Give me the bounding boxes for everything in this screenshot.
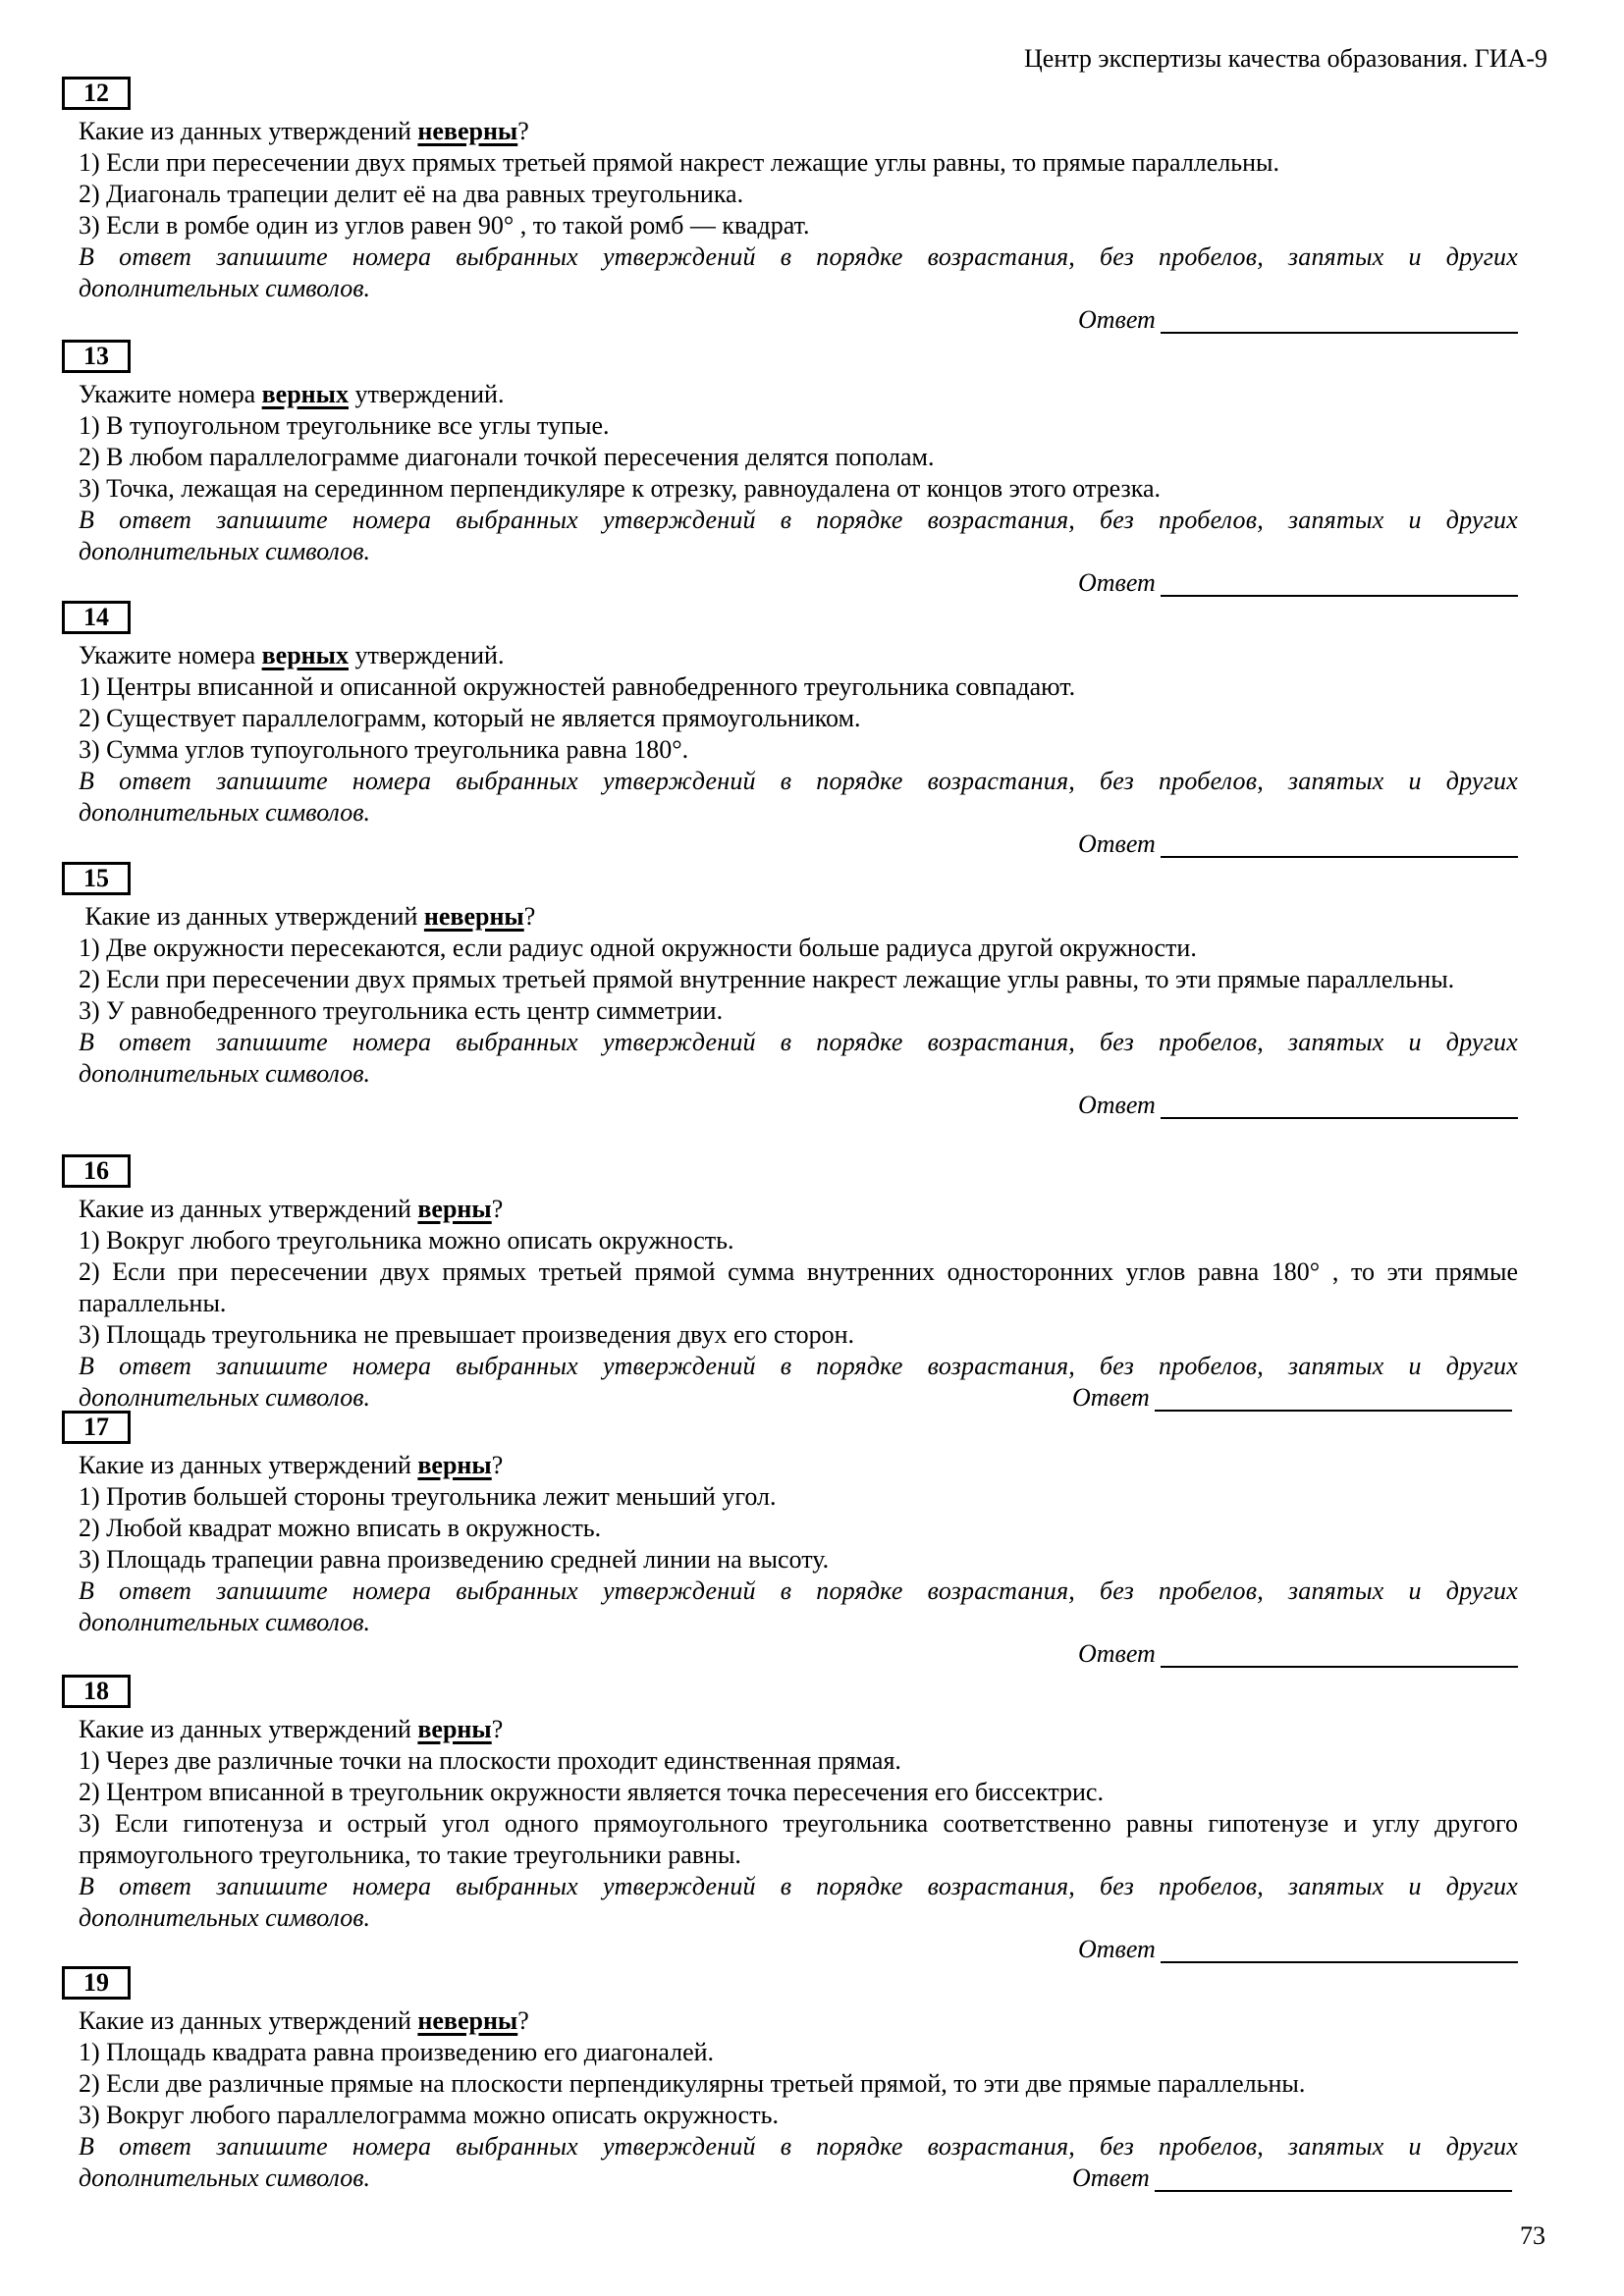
statement-1: 1) В тупоугольном треугольнике все углы … [79,410,1518,442]
answer-label: Ответ [1078,304,1156,336]
prompt-keyword: неверны [417,117,517,145]
task-number-box: 14 [62,601,131,634]
statement-1: 1) Центры вписанной и описанной окружнос… [79,671,1518,703]
answer-row: Ответ [79,828,1518,860]
prompt-text: Укажите номера [79,380,262,408]
instruction-line-2: дополнительных символов. [79,536,1518,567]
task-number-box: 12 [62,77,131,110]
task-number-box: 13 [62,340,131,373]
answer-field[interactable]: Ответ [1072,2163,1512,2194]
answer-input-line[interactable] [1161,1961,1518,1963]
prompt-keyword: верны [417,1195,491,1223]
answer-field[interactable]: Ответ [1078,1638,1518,1670]
prompt-keyword: неверны [417,2006,517,2035]
instruction-line-2: дополнительных символов. [79,797,1518,828]
statement-1: 1) Через две различные точки на плоскост… [79,1745,1518,1777]
prompt-text-after: ? [492,1195,504,1223]
answer-row: Ответ [79,1090,1518,1121]
task-prompt: Какие из данных утверждений неверны? [79,2005,1518,2037]
instruction-line-2: дополнительных символов. [79,1607,1518,1638]
answer-label: Ответ [1078,1090,1156,1121]
statement-2: 2) Существует параллелограмм, который не… [79,703,1518,734]
statement-1: 1) Площадь квадрата равна произведению е… [79,2037,1518,2068]
statement-3: 3) У равнобедренного треугольника есть ц… [79,995,1518,1027]
task-13: 13 Укажите номера верных утверждений. 1)… [62,340,1519,599]
instruction-line-1: В ответ запишите номера выбранных утверж… [79,505,1518,536]
prompt-text: Какие из данных утверждений [79,117,417,145]
instruction-line-1: В ответ запишите номера выбранных утверж… [79,1027,1518,1058]
answer-row: Ответ [79,304,1518,336]
statement-3: 3) Вокруг любого параллелограмма можно о… [79,2100,1518,2131]
statement-3: 3) Если в ромбе один из углов равен 90° … [79,210,1518,241]
instruction-line-1: В ответ запишите номера выбранных утверж… [79,1575,1518,1607]
answer-field[interactable]: Ответ [1078,828,1518,860]
task-number-box: 19 [62,1966,131,2000]
answer-input-line[interactable] [1155,2190,1512,2192]
statement-2: 2) Если при пересечении двух прямых трет… [79,1256,1518,1319]
instruction-line-1: В ответ запишите номера выбранных утверж… [79,1351,1518,1382]
instruction-line-2: дополнительных символов. [79,1058,1518,1090]
statement-2: 2) В любом параллелограмме диагонали точ… [79,442,1518,473]
answer-label: Ответ [1078,1934,1156,1965]
instruction-line-1: В ответ запишите номера выбранных утверж… [79,2131,1518,2163]
statement-1: 1) Если при пересечении двух прямых трет… [79,147,1518,179]
answer-label: Ответ [1078,567,1156,599]
statement-2: 2) Диагональ трапеции делит её на два ра… [79,179,1518,210]
answer-input-line[interactable] [1161,1666,1518,1668]
page-number: 73 [1520,2220,1545,2252]
prompt-keyword: верны [417,1715,491,1743]
prompt-text-after: ? [517,117,529,145]
instruction-line-1: В ответ запишите номера выбранных утверж… [79,1871,1518,1902]
instruction-line-2: дополнительных символов. [79,273,1518,304]
statement-1: 1) Две окружности пересекаются, если рад… [79,933,1518,964]
task-number-box: 17 [62,1411,131,1444]
answer-field[interactable]: Ответ [1072,1382,1512,1414]
prompt-text: Какие из данных утверждений [79,902,424,931]
answer-row: Ответ [79,1638,1518,1670]
task-14: 14 Укажите номера верных утверждений. 1)… [62,601,1519,860]
task-16: 16 Какие из данных утверждений верны? 1)… [62,1154,1519,1414]
instruction-answer-row: дополнительных символов. Ответ [79,2163,1518,2194]
answer-label: Ответ [1078,1638,1156,1670]
task-prompt: Укажите номера верных утверждений. [79,640,1518,671]
statement-2: 2) Если при пересечении двух прямых трет… [79,964,1518,995]
task-12: 12 Какие из данных утверждений неверны? … [62,77,1519,336]
prompt-keyword: верны [417,1451,491,1479]
statement-2: 2) Любой квадрат можно вписать в окружно… [79,1513,1518,1544]
answer-label: Ответ [1078,828,1156,860]
statement-3: 3) Если гипотенуза и острый угол одного … [79,1808,1518,1871]
answer-input-line[interactable] [1161,856,1518,858]
answer-input-line[interactable] [1161,1117,1518,1119]
task-prompt: Какие из данных утверждений верны? [79,1714,1518,1745]
task-prompt: Укажите номера верных утверждений. [79,379,1518,410]
answer-input-line[interactable] [1161,595,1518,597]
prompt-text: Какие из данных утверждений [79,2006,417,2035]
answer-input-line[interactable] [1161,332,1518,334]
statement-1: 1) Вокруг любого треугольника можно опис… [79,1225,1518,1256]
instruction-line-2: дополнительных символов. [79,1902,1518,1934]
prompt-text: Какие из данных утверждений [79,1451,417,1479]
answer-row: Ответ [79,1934,1518,1965]
task-prompt: Какие из данных утверждений неверны? [79,116,1518,147]
prompt-text: Какие из данных утверждений [79,1715,417,1743]
instruction-line-1: В ответ запишите номера выбранных утверж… [79,241,1518,273]
statement-2: 2) Центром вписанной в треугольник окруж… [79,1777,1518,1808]
answer-field[interactable]: Ответ [1078,1090,1518,1121]
task-number-box: 18 [62,1675,131,1708]
prompt-text-after: утверждений. [349,641,505,669]
prompt-keyword: верных [262,641,349,669]
answer-field[interactable]: Ответ [1078,304,1518,336]
prompt-text: Какие из данных утверждений [79,1195,417,1223]
task-18: 18 Какие из данных утверждений верны? 1)… [62,1675,1519,1965]
answer-row: Ответ [79,567,1518,599]
statement-2: 2) Если две различные прямые на плоскост… [79,2068,1518,2100]
answer-label: Ответ [1072,1382,1150,1414]
task-17: 17 Какие из данных утверждений верны? 1)… [62,1411,1519,1670]
statement-3: 3) Сумма углов тупоугольного треугольник… [79,734,1518,766]
answer-field[interactable]: Ответ [1078,1934,1518,1965]
task-prompt: Какие из данных утверждений неверны? [79,901,1518,933]
instruction-line-1: В ответ запишите номера выбранных утверж… [79,766,1518,797]
instruction-answer-row: дополнительных символов. Ответ [79,1382,1518,1414]
prompt-keyword: верных [262,380,349,408]
prompt-text-after: ? [517,2006,529,2035]
answer-field[interactable]: Ответ [1078,567,1518,599]
prompt-text-after: ? [492,1451,504,1479]
task-number-box: 16 [62,1154,131,1188]
task-prompt: Какие из данных утверждений верны? [79,1194,1518,1225]
statement-3: 3) Площадь трапеции равна произведению с… [79,1544,1518,1575]
prompt-text: Укажите номера [79,641,262,669]
page-header: Центр экспертизы качества образования. Г… [1024,43,1547,75]
statement-3: 3) Площадь треугольника не превышает про… [79,1319,1518,1351]
task-prompt: Какие из данных утверждений верны? [79,1450,1518,1481]
prompt-keyword: неверны [424,902,524,931]
prompt-text-after: утверждений. [349,380,505,408]
prompt-text-after: ? [492,1715,504,1743]
task-19: 19 Какие из данных утверждений неверны? … [62,1966,1519,2194]
task-15: 15 Какие из данных утверждений неверны? … [62,862,1519,1121]
prompt-text-after: ? [524,902,536,931]
statement-3: 3) Точка, лежащая на серединном перпенди… [79,473,1518,505]
task-number-box: 15 [62,862,131,895]
statement-1: 1) Против большей стороны треугольника л… [79,1481,1518,1513]
answer-label: Ответ [1072,2163,1150,2194]
